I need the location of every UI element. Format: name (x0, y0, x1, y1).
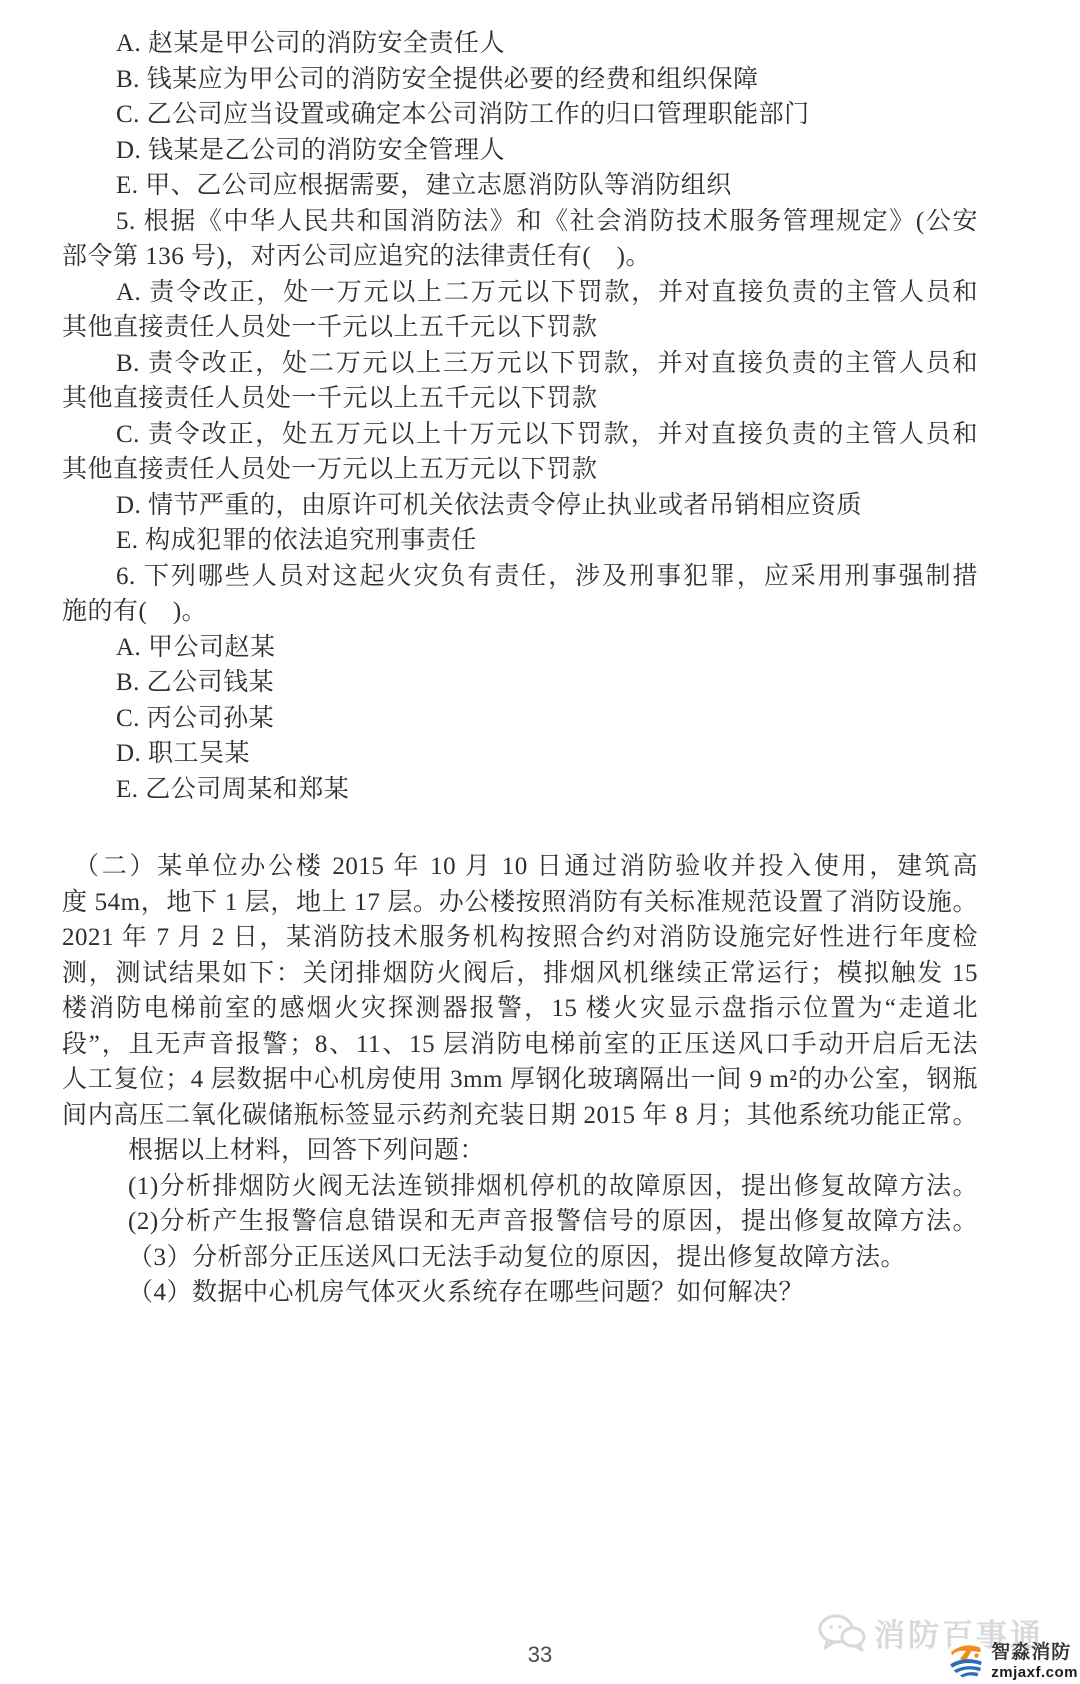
text-line: 间内高压二氧化碳储瓶标签显示药剂充装日期 2015 年 8 月；其他系统功能正常… (62, 1098, 978, 1134)
text-line: 度 54m，地下 1 层，地上 17 层。办公楼按照消防有关标准规范设置了消防设… (62, 885, 978, 921)
text-line: C. 丙公司孙某 (62, 701, 978, 737)
text-line: C. 乙公司应当设置或确定本公司消防工作的归口管理职能部门 (62, 97, 978, 133)
text-line: D. 职工吴某 (62, 736, 978, 772)
brand-name: 智淼消防 (991, 1643, 1078, 1662)
wechat-icon (818, 1613, 866, 1653)
document-body: A. 赵某是甲公司的消防安全责任人B. 钱某应为甲公司的消防安全提供必要的经费和… (62, 0, 978, 1311)
section-gap (62, 807, 978, 849)
text-line: A. 甲公司赵某 (62, 630, 978, 666)
text-line: （4）数据中心机房气体灭火系统存在哪些问题？如何解决？ (62, 1275, 978, 1311)
brand-domain: zmjaxf.com (991, 1665, 1078, 1680)
text-line: D. 钱某是乙公司的消防安全管理人 (62, 133, 978, 169)
text-line: 其他直接责任人员处一千元以上五千元以下罚款 (62, 310, 978, 346)
text-line: 测，测试结果如下：关闭排烟防火阀后，排烟风机继续正常运行；模拟触发 15 (62, 956, 978, 992)
text-line: E. 构成犯罪的依法追究刑事责任 (62, 523, 978, 559)
text-line: C. 责令改正，处五万元以上十万元以下罚款，并对直接负责的主管人员和 (62, 417, 978, 453)
text-line: A. 责令改正，处一万元以上二万元以下罚款，并对直接负责的主管人员和 (62, 275, 978, 311)
text-line: 施的有( )。 (62, 594, 978, 630)
text-line: 部令第 136 号)，对丙公司应追究的法律责任有( )。 (62, 239, 978, 275)
text-line: 其他直接责任人员处一千元以上五千元以下罚款 (62, 381, 978, 417)
text-line: （二）某单位办公楼 2015 年 10 月 10 日通过消防验收并投入使用，建筑… (62, 849, 978, 885)
text-line: （3）分析部分正压送风口无法手动复位的原因，提出修复故障方法。 (62, 1240, 978, 1276)
text-line: 段”，且无声音报警；8、11、15 层消防电梯前室的正压送风口手动开启后无法 (62, 1027, 978, 1063)
text-line: B. 钱某应为甲公司的消防安全提供必要的经费和组织保障 (62, 62, 978, 98)
text-line: (2)分析产生报警信息错误和无声音报警信号的原因，提出修复故障方法。 (62, 1204, 978, 1240)
document-page: A. 赵某是甲公司的消防安全责任人B. 钱某应为甲公司的消防安全提供必要的经费和… (0, 0, 1080, 1684)
text-line: 楼消防电梯前室的感烟火灾探测器报警，15 楼火灾显示盘指示位置为“走道北 (62, 991, 978, 1027)
text-line: 根据以上材料，回答下列问题： (62, 1133, 978, 1169)
text-line: 5. 根据《中华人民共和国消防法》和《社会消防技术服务管理规定》(公安 (62, 204, 978, 240)
text-line: E. 甲、乙公司应根据需要，建立志愿消防队等消防组织 (62, 168, 978, 204)
text-line: (1)分析排烟防火阀无法连锁排烟机停机的故障原因，提出修复故障方法。 (62, 1169, 978, 1205)
zhimiao-brand: 智淼消防 zmjaxf.com (945, 1638, 1078, 1684)
text-line: B. 责令改正，处二万元以上三万元以下罚款，并对直接负责的主管人员和 (62, 346, 978, 382)
zhimiao-logo-icon (945, 1638, 987, 1684)
text-line: 2021 年 7 月 2 日，某消防技术服务机构按照合约对消防设施完好性进行年度… (62, 920, 978, 956)
text-line: 其他直接责任人员处一万元以上五万元以下罚款 (62, 452, 978, 488)
text-line: 6. 下列哪些人员对这起火灾负有责任，涉及刑事犯罪，应采用刑事强制措 (62, 559, 978, 595)
text-line: E. 乙公司周某和郑某 (62, 772, 978, 808)
text-line: A. 赵某是甲公司的消防安全责任人 (62, 26, 978, 62)
text-line: D. 情节严重的，由原许可机关依法责令停止执业或者吊销相应资质 (62, 488, 978, 524)
text-line: B. 乙公司钱某 (62, 665, 978, 701)
text-line: 人工复位；4 层数据中心机房使用 3mm 厚钢化玻璃隔出一间 9 m²的办公室，… (62, 1062, 978, 1098)
